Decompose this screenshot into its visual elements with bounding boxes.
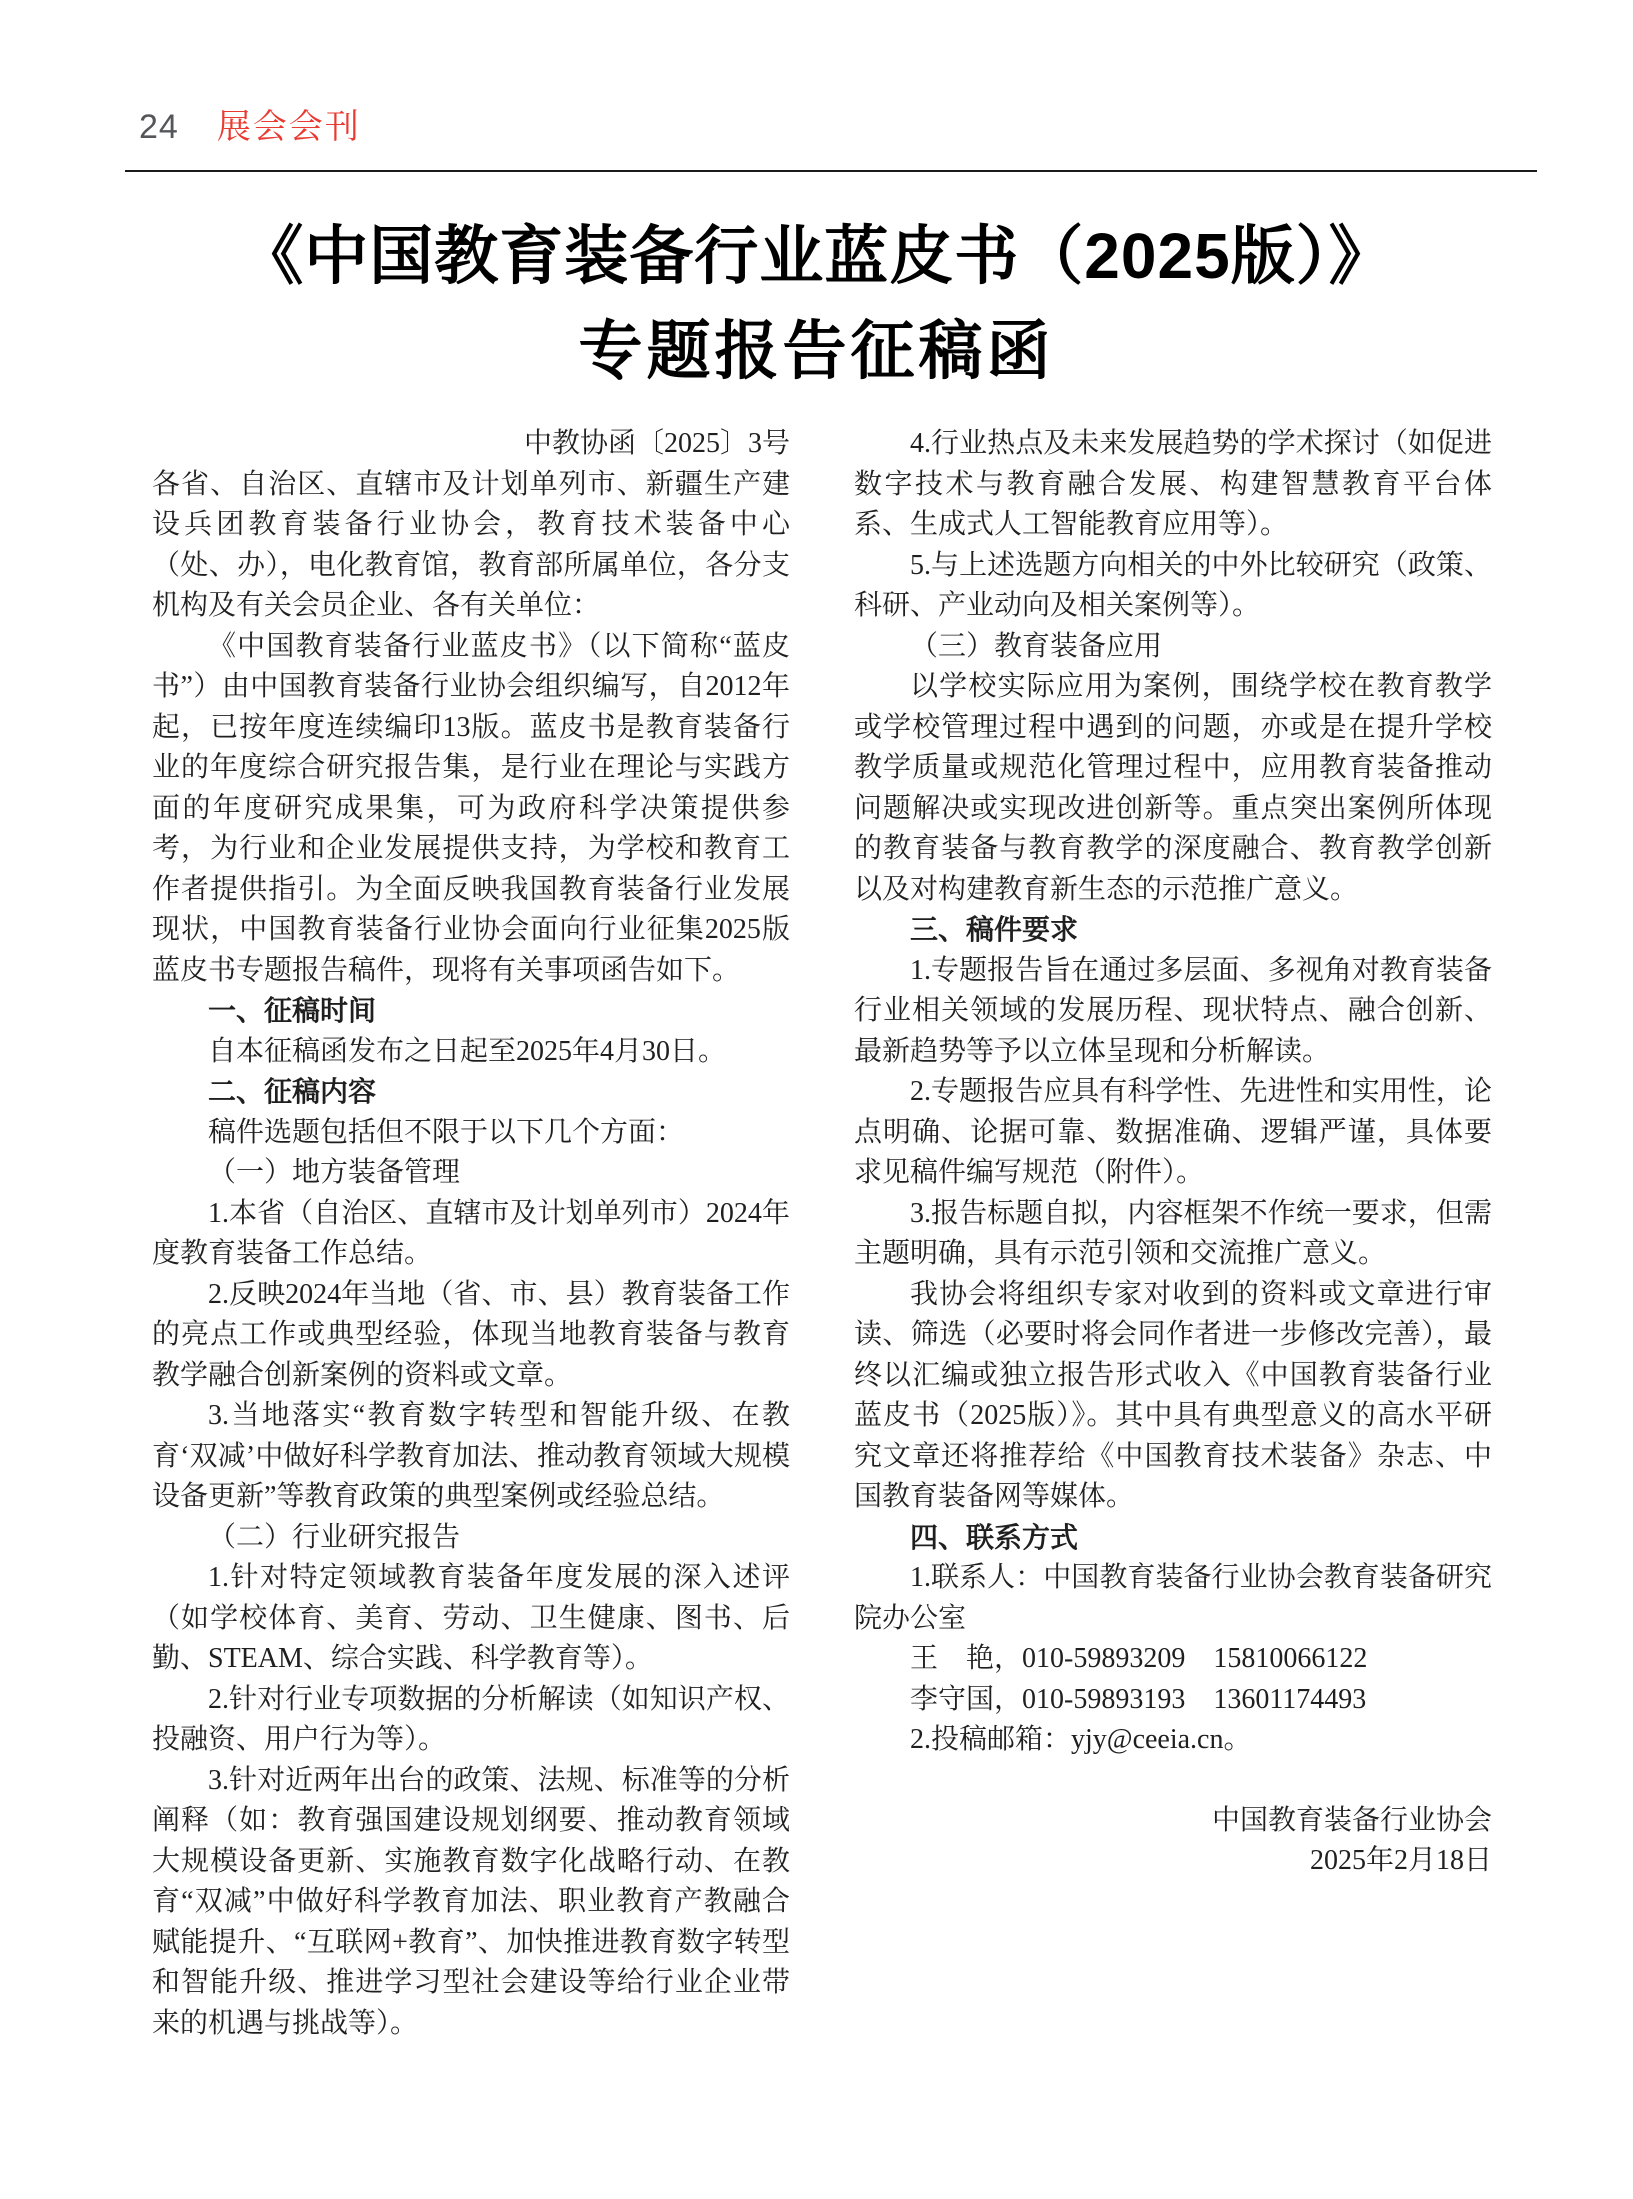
section-heading-4: 四、联系方式 bbox=[854, 1518, 1492, 1559]
page-number: 24 bbox=[139, 108, 179, 146]
contact-line: 王 艳，010-59893209 15810066122 bbox=[854, 1639, 1492, 1680]
article-title-line2: 专题报告征稿函 bbox=[0, 316, 1633, 386]
subsection-heading: （二）行业研究报告 bbox=[152, 1518, 790, 1559]
signature-org: 中国教育装备行业协会 bbox=[854, 1801, 1492, 1842]
section-heading-3: 三、稿件要求 bbox=[854, 910, 1492, 951]
paragraph: 1.针对特定领域教育装备年度发展的深入述评（如学校体育、美育、劳动、卫生健康、图… bbox=[152, 1558, 790, 1680]
intro-paragraph: 《中国教育装备行业蓝皮书》（以下简称“蓝皮书”）由中国教育装备行业协会组织编写，… bbox=[152, 627, 790, 992]
paragraph: 以学校实际应用为案例，围绕学校在教育教学或学校管理过程中遇到的问题，亦或是在提升… bbox=[854, 667, 1492, 910]
subsection-heading: （一）地方装备管理 bbox=[152, 1153, 790, 1194]
header-divider bbox=[125, 170, 1537, 172]
doc-number: 中教协函〔2025〕3号 bbox=[152, 424, 790, 465]
article-body: 中教协函〔2025〕3号各省、自治区、直辖市及计划单列市、新疆生产建设兵团教育装… bbox=[152, 424, 1493, 2044]
paragraph: 3.报告标题自拟，内容框架不作统一要求，但需主题明确，具有示范引领和交流推广意义… bbox=[854, 1194, 1492, 1275]
left-column: 中教协函〔2025〕3号各省、自治区、直辖市及计划单列市、新疆生产建设兵团教育装… bbox=[152, 424, 790, 2044]
paragraph: 2.针对行业专项数据的分析解读（如知识产权、投融资、用户行为等）。 bbox=[152, 1680, 790, 1761]
journal-name: 展会会刊 bbox=[217, 108, 361, 146]
section-heading-1: 一、征稿时间 bbox=[152, 991, 790, 1032]
paragraph: 2.专题报告应具有科学性、先进性和实用性，论点明确、论据可靠、数据准确、逻辑严谨… bbox=[854, 1072, 1492, 1194]
paragraph: 我协会将组织专家对收到的资料或文章进行审读、筛选（必要时将会同作者进一步修改完善… bbox=[854, 1275, 1492, 1518]
salutation: 各省、自治区、直辖市及计划单列市、新疆生产建设兵团教育装备行业协会，教育技术装备… bbox=[152, 465, 790, 627]
subsection-heading: （三）教育装备应用 bbox=[854, 627, 1492, 668]
right-column: 4.行业热点及未来发展趋势的学术探讨（如促进数字技术与教育融合发展、构建智慧教育… bbox=[854, 424, 1492, 2044]
paragraph: 2.反映2024年当地（省、市、县）教育装备工作的亮点工作或典型经验，体现当地教… bbox=[152, 1275, 790, 1397]
paragraph: 5.与上述选题方向相关的中外比较研究（政策、科研、产业动向及相关案例等）。 bbox=[854, 546, 1492, 627]
running-head: 24 展会会刊 bbox=[139, 108, 1537, 146]
contact-line: 1.联系人：中国教育装备行业协会教育装备研究院办公室 bbox=[854, 1558, 1492, 1639]
signature-date: 2025年2月18日 bbox=[854, 1841, 1492, 1882]
paragraph: 1.专题报告旨在通过多层面、多视角对教育装备行业相关领域的发展历程、现状特点、融… bbox=[854, 951, 1492, 1073]
article-title-line1: 《中国教育装备行业蓝皮书（2025版）》 bbox=[0, 218, 1633, 294]
paragraph: 1.本省（自治区、直辖市及计划单列市）2024年度教育装备工作总结。 bbox=[152, 1194, 790, 1275]
article-title: 《中国教育装备行业蓝皮书（2025版）》 专题报告征稿函 bbox=[0, 218, 1633, 386]
paragraph: 3.针对近两年出台的政策、法规、标准等的分析阐释（如：教育强国建设规划纲要、推动… bbox=[152, 1761, 790, 2045]
paragraph: 4.行业热点及未来发展趋势的学术探讨（如促进数字技术与教育融合发展、构建智慧教育… bbox=[854, 424, 1492, 546]
magazine-page: 24 展会会刊 《中国教育装备行业蓝皮书（2025版）》 专题报告征稿函 中教协… bbox=[0, 0, 1633, 2199]
contact-line: 2.投稿邮箱：yjy@ceeia.cn。 bbox=[854, 1720, 1492, 1761]
contact-line: 李守国，010-59893193 13601174493 bbox=[854, 1680, 1492, 1721]
paragraph: 稿件选题包括但不限于以下几个方面： bbox=[152, 1113, 790, 1154]
section-heading-2: 二、征稿内容 bbox=[152, 1072, 790, 1113]
paragraph: 3.当地落实“教育数字转型和智能升级、在教育‘双减’中做好科学教育加法、推动教育… bbox=[152, 1396, 790, 1518]
paragraph: 自本征稿函发布之日起至2025年4月30日。 bbox=[152, 1032, 790, 1073]
